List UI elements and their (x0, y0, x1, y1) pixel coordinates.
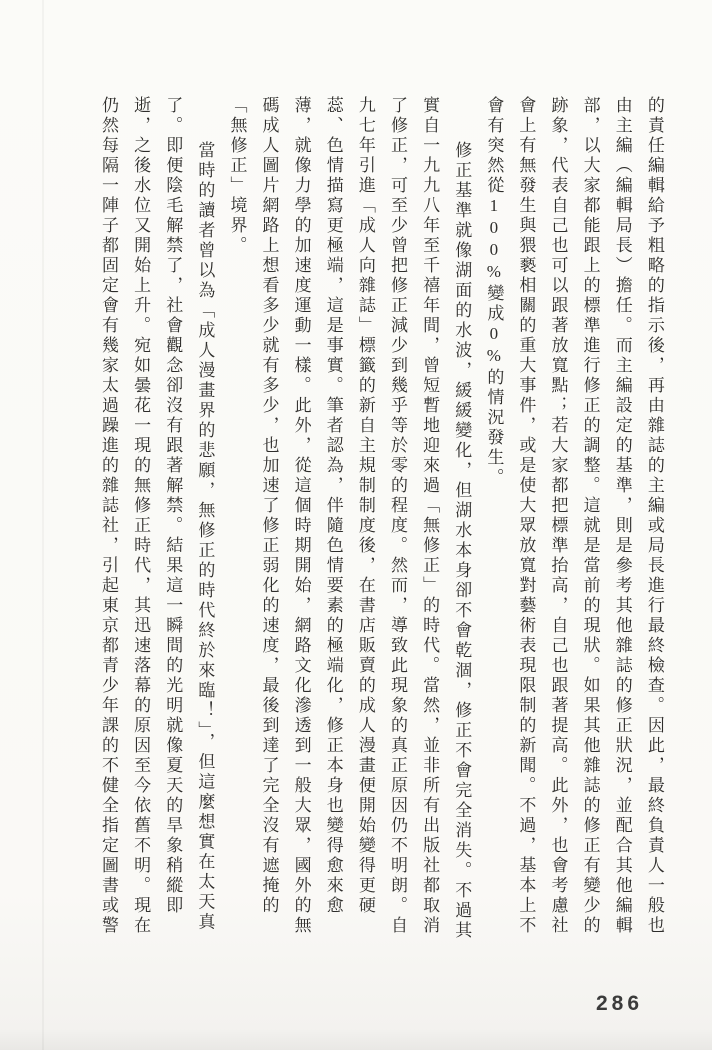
text-column: 仍然每隔一陣子都固定會有幾家太過躁進的雜誌社，引起東京都青少年課的不健全指定圖書… (98, 96, 118, 940)
scan-edge-shadow (42, 0, 44, 1050)
text-column: 部，以大家都能跟上的標準進行修正的調整。這就是當前的現狀。如果其他雜誌的修正有變… (580, 96, 600, 940)
text-column: 薄，就像力學的加速度運動一樣。此外，從這個時期開始，網路文化滲透到一般大眾，國外… (291, 96, 311, 940)
text-column: 逝，之後水位又開始上升。宛如曇花一現的無修正時代，其迅速落幕的原因至今依舊不明。… (130, 96, 150, 940)
text-column: 碼成人圖片網路上想看多少就有多少，也加速了修正弱化的速度，最後到達了完全沒有遮掩… (259, 96, 279, 940)
text-column: 跡象，代表自己也可以跟著放寬點；若大家都把標準抬高，自己也跟著提高。此外，也會考… (548, 96, 568, 940)
text-column: 當時的讀者曾以為「成人漫畫界的悲願，無修正的時代終於來臨！」，但這麼想實在太天真 (194, 96, 214, 940)
text-column: 了修正，可至少曾把修正減少到幾乎等於零的程度。然而，導致此現象的真正原因仍不明朗… (387, 96, 407, 940)
text-column: 九七年引進「成人向雜誌」標籤的新自主規制制度後，在書店販賣的成人漫畫便開始變得更… (355, 96, 375, 940)
text-column: 「無修正」境界。 (226, 96, 246, 940)
text-column: 會上有無發生與猥褻相關的重大事件，或是使大眾放寬對藝術表現限制的新聞。不過，基本… (515, 96, 535, 940)
page-number: 286 (596, 992, 643, 1016)
text-column: 的責任編輯給予粗略的指示後，再由雜誌的主編或局長進行最終檢查。因此，最終負責人一… (644, 96, 664, 940)
text-column: 修正基準就像湖面的水波，緩緩變化，但湖水本身卻不會乾涸，修正不會完全消失。不過其 (451, 96, 471, 940)
text-column: 蕊、色情描寫更極端，這是事實。筆者認為，伴隨色情要素的極端化，修正本身也變得愈來… (323, 96, 343, 940)
text-column: 了。即便陰毛解禁了，社會觀念卻沒有跟著解禁。結果這一瞬間的光明就像夏天的旱象稍縱… (162, 96, 182, 940)
text-column: 實自一九九八年至千禧年間，曾短暫地迎來過「無修正」的時代。當然，並非所有出版社都… (419, 96, 439, 940)
book-page: 的責任編輯給予粗略的指示後，再由雜誌的主編或局長進行最終檢查。因此，最終負責人一… (0, 0, 712, 1050)
body-text-columns: 的責任編輯給予粗略的指示後，再由雜誌的主編或局長進行最終檢查。因此，最終負責人一… (98, 96, 664, 940)
text-column: 由主編（編輯局長）擔任。而主編設定的基準，則是參考其他雜誌的修正狀況，並配合其他… (612, 96, 632, 940)
text-column: 會有突然從100%變成0%的情況發生。 (483, 96, 503, 940)
